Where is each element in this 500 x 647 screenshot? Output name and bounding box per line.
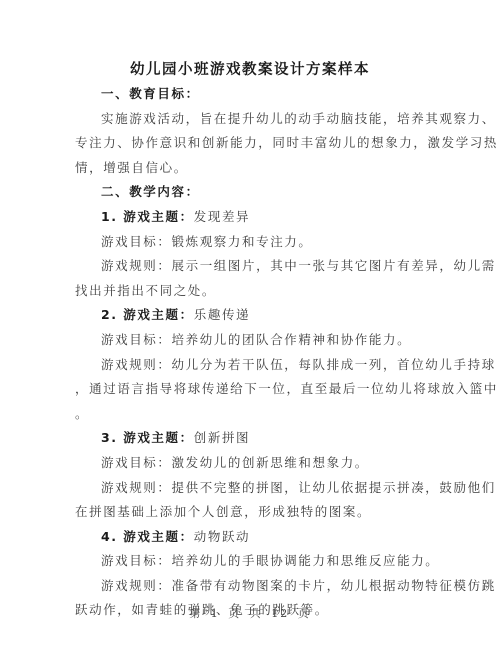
- game-goal: 游戏目标：激发幼儿的创新思维和想象力。: [75, 451, 420, 476]
- document-page: 幼儿园小班游戏教案设计方案样本 一、教育目标： 实施游戏活动，旨在提升幼儿的动手…: [0, 0, 500, 647]
- game-number: 4.: [101, 529, 118, 544]
- game-theme-1: 1. 游戏主题：发现差异: [75, 205, 420, 230]
- game-theme-label: 游戏主题：: [123, 307, 194, 322]
- paragraph-line: 实施游戏活动，旨在提升幼儿的动手动脑技能，培养其观察力、: [75, 107, 420, 132]
- document-body: 一、教育目标： 实施游戏活动，旨在提升幼儿的动手动脑技能，培养其观察力、 专注力…: [75, 82, 420, 623]
- game-rule-line: 找出并指出不同之处。: [75, 279, 420, 304]
- game-goal: 游戏目标：培养幼儿的手眼协调能力和思维反应能力。: [75, 549, 420, 574]
- section-heading-teaching-content: 二、教学内容：: [75, 180, 420, 205]
- game-theme-label: 游戏主题：: [123, 430, 194, 445]
- page-number-footer: 第 1 页 共 12 页: [0, 605, 500, 621]
- game-goal: 游戏目标：锻炼观察力和专注力。: [75, 230, 420, 255]
- section-heading-education-goals: 一、教育目标：: [75, 82, 420, 107]
- game-rule-line: ，通过语言指导将球传递给下一位，直至最后一位幼儿将球放入篮中: [75, 377, 420, 402]
- game-theme-label: 游戏主题：: [123, 209, 194, 224]
- game-theme-4: 4. 游戏主题：动物跃动: [75, 525, 420, 550]
- game-rule-line: 游戏规则：准备带有动物图案的卡片，幼儿根据动物特征模仿跳: [75, 574, 420, 599]
- paragraph-line: 情，增强自信心。: [75, 156, 420, 181]
- game-theme-value: 发现差异: [194, 209, 250, 224]
- game-theme-2: 2. 游戏主题：乐趣传递: [75, 303, 420, 328]
- game-rule-line: 游戏规则：展示一组图片，其中一张与其它图片有差异，幼儿需: [75, 254, 420, 279]
- game-number: 1.: [101, 209, 118, 224]
- game-rule-line: 。: [75, 402, 420, 427]
- game-rule-line: 在拼图基础上添加个人创意，形成独特的图案。: [75, 500, 420, 525]
- game-theme-value: 动物跃动: [194, 529, 250, 544]
- game-theme-3: 3. 游戏主题：创新拼图: [75, 426, 420, 451]
- game-number: 3.: [101, 430, 118, 445]
- game-theme-value: 创新拼图: [194, 430, 250, 445]
- game-number: 2.: [101, 307, 118, 322]
- game-goal: 游戏目标：培养幼儿的团队合作精神和协作能力。: [75, 328, 420, 353]
- game-rule-line: 游戏规则：幼儿分为若干队伍，每队排成一列，首位幼儿手持球: [75, 353, 420, 378]
- game-theme-label: 游戏主题：: [123, 529, 194, 544]
- game-theme-value: 乐趣传递: [194, 307, 250, 322]
- document-title: 幼儿园小班游戏教案设计方案样本: [0, 58, 500, 79]
- paragraph-line: 专注力、协作意识和创新能力，同时丰富幼儿的想象力，激发学习热: [75, 131, 420, 156]
- game-rule-line: 游戏规则：提供不完整的拼图，让幼儿依据提示拼凑，鼓励他们: [75, 476, 420, 501]
